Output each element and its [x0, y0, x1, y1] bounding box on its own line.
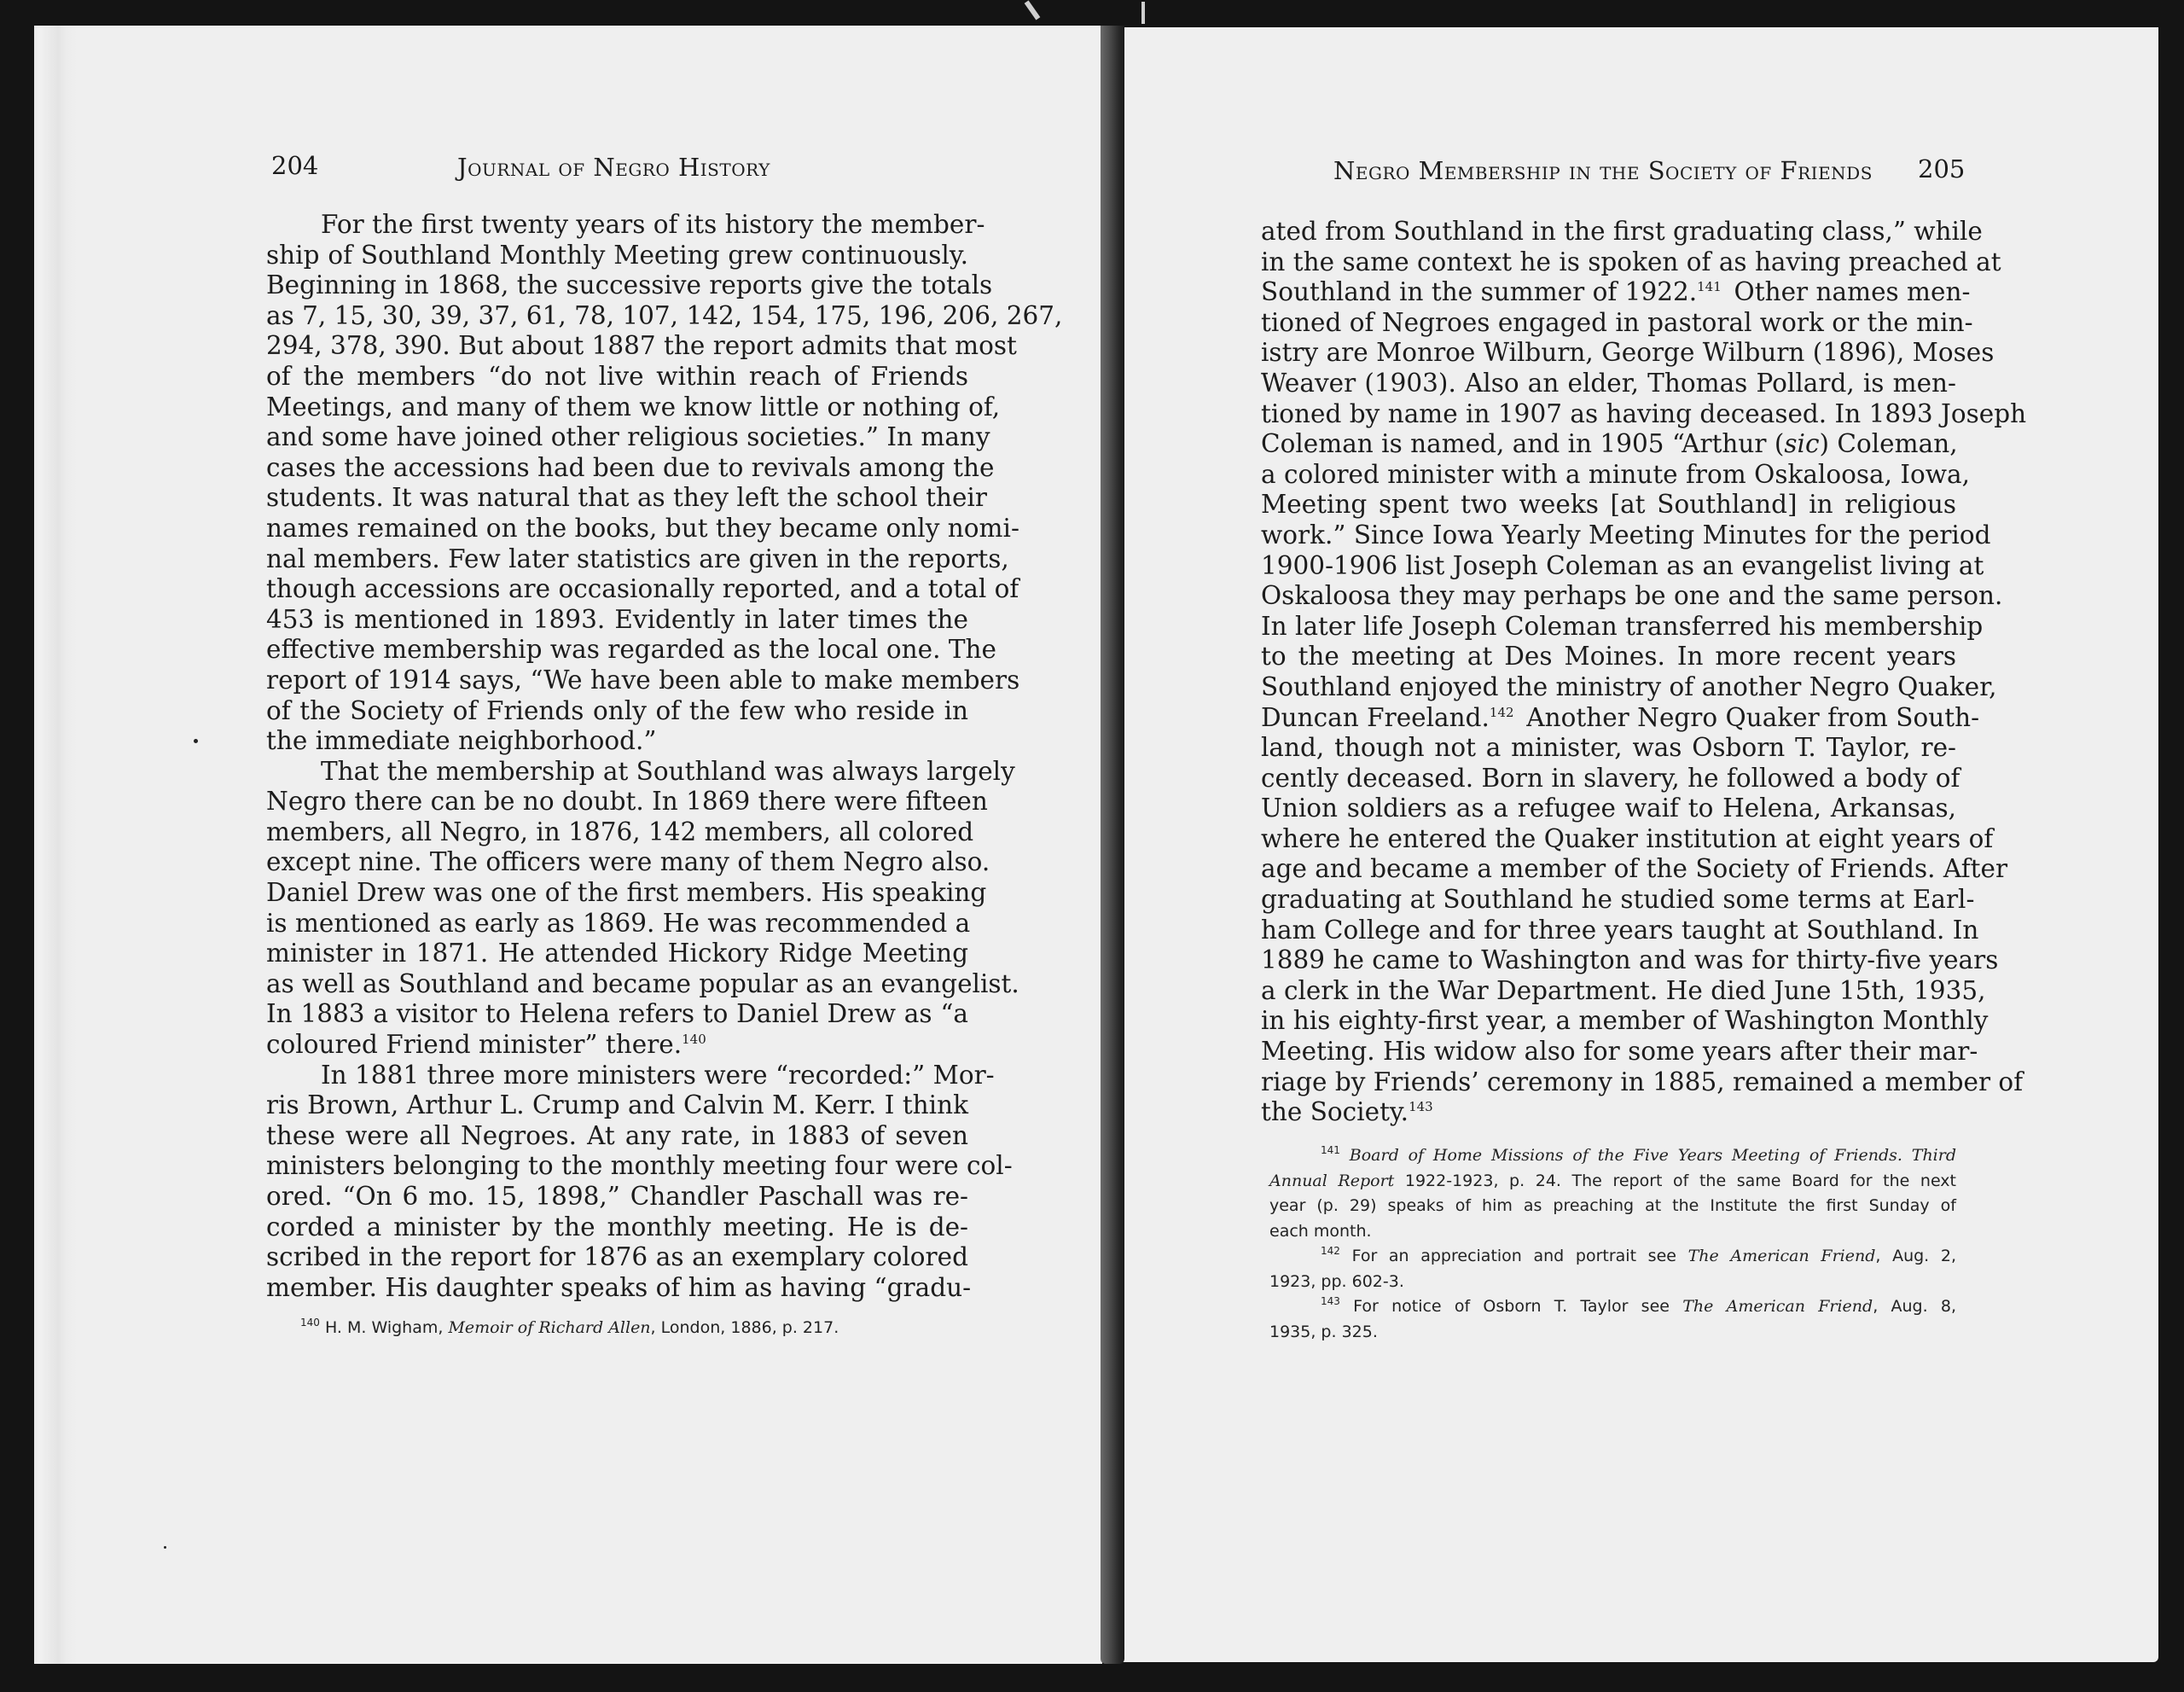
footnote-141-line: 141 Board of Home Missions of the Five Y…: [1269, 1143, 1956, 1169]
text-line: Southland in the summer of 1922.141 Othe…: [1261, 277, 1956, 308]
footnote-number: 141: [1321, 1144, 1340, 1156]
text-line: age and became a member of the Society o…: [1261, 854, 1956, 885]
page-number-left: 204: [271, 154, 318, 178]
footnote-141-line: Annual Report 1922-1923, p. 24. The repo…: [1269, 1169, 1956, 1195]
text-line: except nine. The officers were many of t…: [266, 847, 968, 878]
footnote-140: 140 H. M. Wigham, Memoir of Richard Alle…: [300, 1316, 966, 1341]
running-head-right-text: Negro Membership in the Society of Frien…: [1333, 156, 1873, 185]
footnote-ref: 143: [1409, 1099, 1433, 1114]
text-line: Duncan Freeland.142 Another Negro Quaker…: [1261, 703, 1956, 734]
sic-italic: sic: [1784, 429, 1819, 458]
text-line: Meeting spent two weeks [at Southland] i…: [1261, 490, 1956, 520]
text-line: as well as Southland and became popular …: [266, 969, 968, 1000]
running-head-right: Negro Membership in the Society of Frien…: [1333, 159, 1873, 183]
footnote-143-line: 1935, p. 325.: [1269, 1320, 1956, 1346]
text-line: Union soldiers as a refugee waif to Hele…: [1261, 794, 1956, 824]
text-line: Oskaloosa they may perhaps be one and th…: [1261, 581, 1956, 612]
text-line: In 1881 three more ministers were “recor…: [266, 1061, 968, 1091]
text-line: tioned of Negroes engaged in pastoral wo…: [1261, 308, 1956, 339]
page-number-right: 205: [1918, 157, 1965, 182]
text-line: That the membership at Southland was alw…: [266, 757, 968, 788]
footnote-141-line: each month.: [1269, 1219, 1956, 1245]
text-line: Meeting. His widow also for some years a…: [1261, 1037, 1956, 1067]
scan-artifact: [1141, 2, 1145, 24]
text-line: cently deceased. Born in slavery, he fol…: [1261, 764, 1956, 794]
text-line: of the members “do not live within reach…: [266, 362, 968, 392]
text-line: the immediate neighborhood.”: [266, 726, 968, 757]
text-line: Negro there can be no doubt. In 1869 the…: [266, 787, 968, 817]
text-line: ship of Southland Monthly Meeting grew c…: [266, 241, 968, 271]
text-line: tioned by name in 1907 as having decease…: [1261, 399, 1956, 430]
footnote-title: Board of Home Missions of the Five Years…: [1350, 1146, 1956, 1165]
text-line: is mentioned as early as 1869. He was re…: [266, 909, 968, 939]
text-line: Southland enjoyed the ministry of anothe…: [1261, 672, 1956, 703]
text-line: cases the accessions had been due to rev…: [266, 453, 968, 484]
text-line: members, all Negro, in 1876, 142 members…: [266, 817, 968, 848]
text-line: of the Society of Friends only of the fe…: [266, 696, 968, 727]
text-line: 294, 378, 390. But about 1887 the report…: [266, 331, 968, 362]
text-line: ris Brown, Arthur L. Crump and Calvin M.…: [266, 1090, 968, 1121]
text-line: In later life Joseph Coleman transferred…: [1261, 612, 1956, 642]
text-line: nal members. Few later statistics are gi…: [266, 544, 968, 575]
text-line: students. It was natural that as they le…: [266, 483, 968, 514]
right-footnotes: 141 Board of Home Missions of the Five Y…: [1269, 1143, 1956, 1345]
text-line: ated from Southland in the first graduat…: [1261, 217, 1956, 247]
text-line: corded a minister by the monthly meeting…: [266, 1212, 968, 1243]
footnote-title: The American Friend: [1688, 1247, 1876, 1265]
footnote-142-line: 1923, pp. 602-3.: [1269, 1270, 1956, 1295]
footnote-142-line: 142 For an appreciation and portrait see…: [1269, 1244, 1956, 1270]
text-line: effective membership was regarded as the…: [266, 635, 968, 666]
text-line: in his eighty-first year, a member of Wa…: [1261, 1006, 1956, 1037]
text-line: graduating at Southland he studied some …: [1261, 885, 1956, 916]
footnote-number: 140: [300, 1317, 320, 1329]
text-line: Daniel Drew was one of the first members…: [266, 878, 968, 909]
text-line: land, though not a minister, was Osborn …: [1261, 733, 1956, 764]
footnote-title: The American Friend: [1682, 1297, 1873, 1316]
scan-speck: [194, 739, 198, 743]
running-head-left-text: Journal of Negro History: [457, 153, 770, 182]
footnote-text: , London, 1886, p. 217.: [651, 1318, 839, 1337]
text-line: For the first twenty years of its histor…: [266, 210, 968, 241]
text-line: In 1883 a visitor to Helena refers to Da…: [266, 999, 968, 1030]
text-line: Coleman is named, and in 1905 “Arthur (s…: [1261, 429, 1956, 460]
text-line: Meetings, and many of them we know littl…: [266, 392, 968, 423]
right-body-text: ated from Southland in the first graduat…: [1261, 217, 1956, 1128]
text-line: these were all Negroes. At any rate, in …: [266, 1121, 968, 1152]
text-line: 453 is mentioned in 1893. Evidently in l…: [266, 605, 968, 636]
footnote-title: Annual Report: [1269, 1172, 1394, 1190]
footnote-title: Memoir of Richard Allen: [448, 1318, 650, 1337]
text-line: 1889 he came to Washington and was for t…: [1261, 945, 1956, 976]
text-line: report of 1914 says, “We have been able …: [266, 666, 968, 696]
text-line: work.” Since Iowa Yearly Meeting Minutes…: [1261, 520, 1956, 551]
scan-artifact: [1025, 0, 1041, 20]
text-line: as 7, 15, 30, 39, 37, 61, 78, 107, 142, …: [266, 301, 968, 332]
text-line: Weaver (1903). Also an elder, Thomas Pol…: [1261, 369, 1956, 399]
text-line: 1900-1906 list Joseph Coleman as an evan…: [1261, 551, 1956, 582]
text-line: and some have joined other religious soc…: [266, 422, 968, 453]
footnote-number: 143: [1321, 1295, 1340, 1307]
footnote-text: H. M. Wigham,: [325, 1318, 449, 1337]
text-line: the Society.143: [1261, 1097, 1956, 1128]
running-head-left: Journal of Negro History: [457, 155, 770, 180]
text-line: a clerk in the War Department. He died J…: [1261, 976, 1956, 1007]
footnote-ref: 141: [1697, 279, 1722, 294]
text-line: ored. “On 6 mo. 15, 1898,” Chandler Pasc…: [266, 1182, 968, 1212]
scan-speck: [164, 1546, 166, 1549]
text-line: where he entered the Quaker institution …: [1261, 824, 1956, 855]
text-line: to the meeting at Des Moines. In more re…: [1261, 642, 1956, 672]
text-line: ham College and for three years taught a…: [1261, 916, 1956, 946]
text-line: ministers belonging to the monthly meeti…: [266, 1151, 968, 1182]
book-gutter: [1101, 26, 1124, 1664]
text-line: minister in 1871. He attended Hickory Ri…: [266, 939, 968, 969]
text-line: Beginning in 1868, the successive report…: [266, 270, 968, 301]
footnote-141-line: year (p. 29) speaks of him as preaching …: [1269, 1194, 1956, 1219]
text-line: scribed in the report for 1876 as an exe…: [266, 1242, 968, 1273]
text-line: coloured Friend minister” there.140: [266, 1030, 968, 1061]
text-line: in the same context he is spoken of as h…: [1261, 247, 1956, 278]
footnote-ref: 140: [682, 1032, 706, 1047]
footnote-number: 142: [1321, 1245, 1340, 1257]
left-footnotes: 140 H. M. Wigham, Memoir of Richard Alle…: [300, 1316, 966, 1341]
text-line: a colored minister with a minute from Os…: [1261, 460, 1956, 491]
footnote-143-line: 143 For notice of Osborn T. Taylor see T…: [1269, 1294, 1956, 1320]
left-body-text: For the first twenty years of its histor…: [266, 210, 968, 1303]
text-line: istry are Monroe Wilburn, George Wilburn…: [1261, 338, 1956, 369]
text-line: names remained on the books, but they be…: [266, 514, 968, 544]
text-line: though accessions are occasionally repor…: [266, 574, 968, 605]
footnote-ref: 142: [1490, 705, 1514, 720]
text-line: riage by Friends’ ceremony in 1885, rema…: [1261, 1067, 1956, 1098]
text-line: member. His daughter speaks of him as ha…: [266, 1273, 968, 1304]
